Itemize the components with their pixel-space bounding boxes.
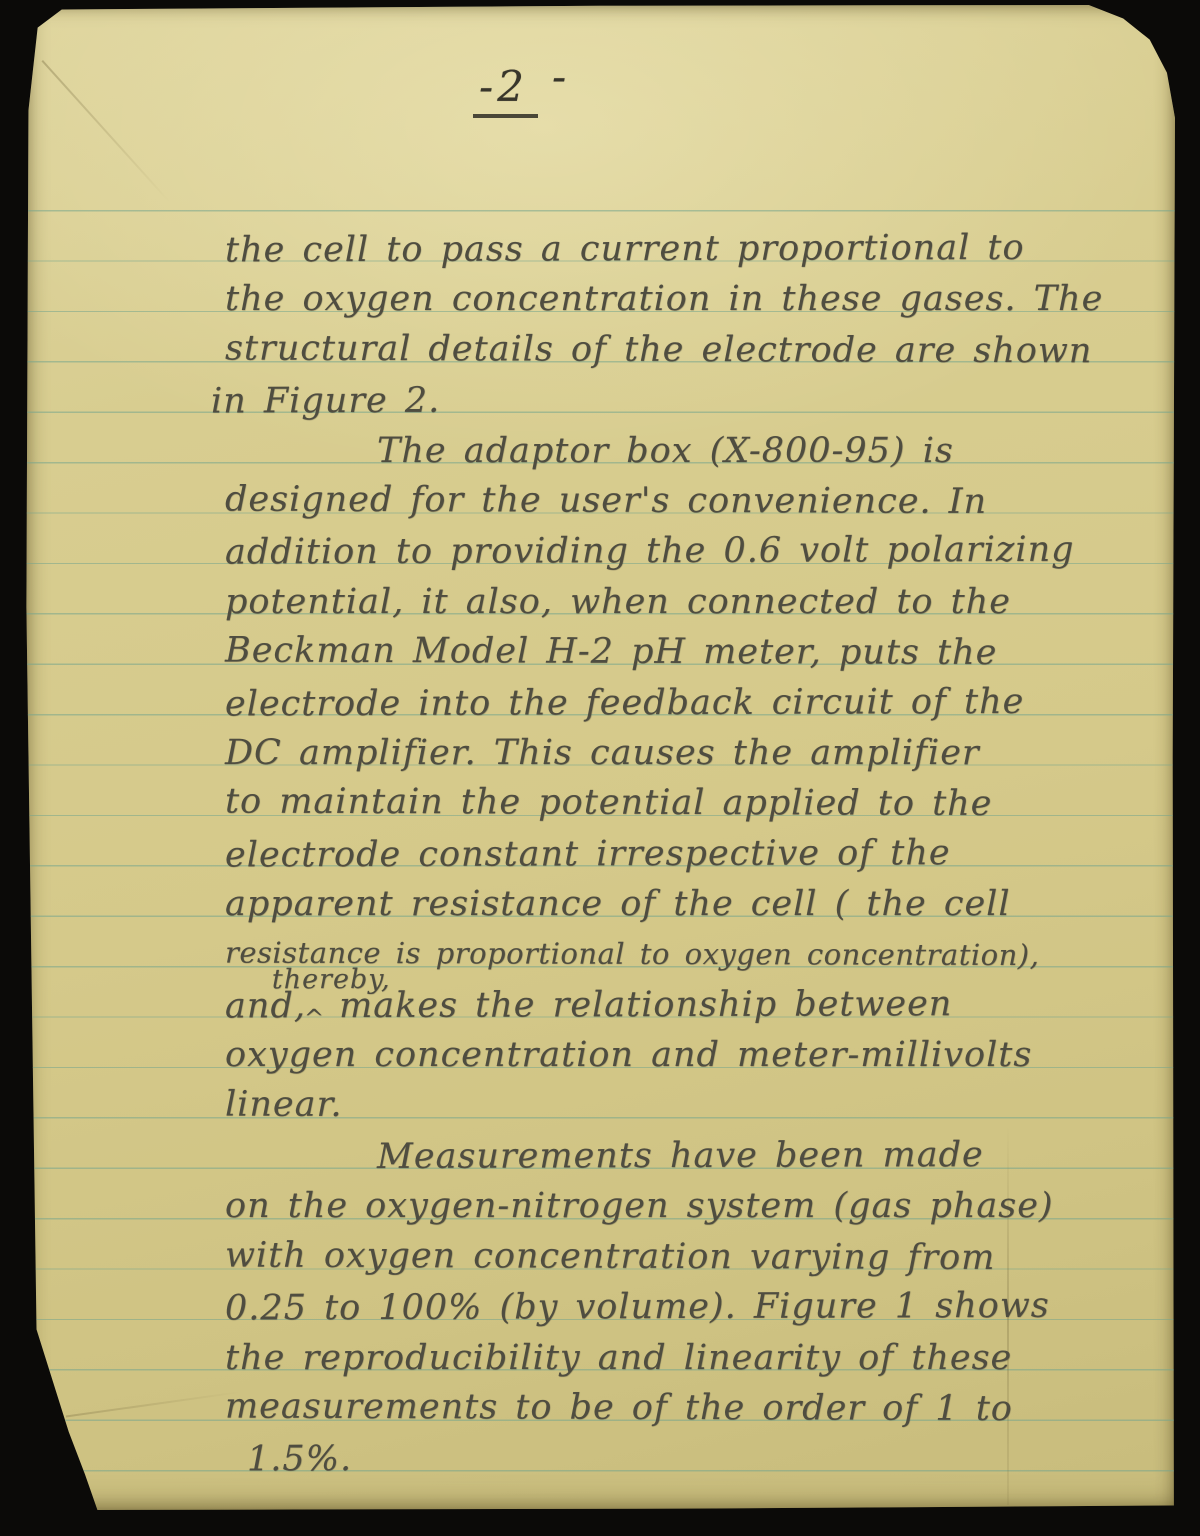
page-number: -2- bbox=[473, 63, 570, 111]
handwritten-line: measurements to be of the order of 1 to bbox=[225, 1382, 1145, 1435]
page-number-value: 2 bbox=[497, 62, 528, 111]
handwritten-text-block: the cell to pass a current proportional … bbox=[225, 224, 1145, 1484]
handwritten-line: structural details of the electrode are … bbox=[225, 323, 1145, 376]
handwritten-line: apparent resistance of the cell ( the ce… bbox=[225, 879, 1145, 929]
caret-icon: ^ bbox=[304, 993, 325, 1043]
handwritten-line: DC amplifier. This causes the amplifier bbox=[225, 728, 1145, 778]
handwritten-line: the oxygen concentration in these gases.… bbox=[225, 274, 1145, 324]
notepad-paper: -2- the cell to pass a current proportio… bbox=[25, 5, 1175, 1510]
paper-crease bbox=[66, 1390, 245, 1417]
handwritten-line: Beckman Model H-2 pH meter, puts the bbox=[225, 626, 1145, 679]
handwritten-line: The adaptor box (X-800-95) is bbox=[225, 426, 1145, 476]
handwritten-line: addition to providing the 0.6 volt polar… bbox=[225, 525, 1145, 578]
handwritten-line: oxygen concentration and meter-millivolt… bbox=[225, 1030, 1145, 1080]
handwritten-line: with oxygen concentration varying from bbox=[225, 1230, 1145, 1283]
handwritten-line: Measurements have been made bbox=[225, 1130, 1145, 1183]
handwritten-line: in Figure 2. bbox=[211, 374, 1145, 427]
handwritten-line: linear. bbox=[225, 1079, 1145, 1132]
scanned-page-background: -2- the cell to pass a current proportio… bbox=[0, 0, 1200, 1536]
handwritten-line: electrode into the feedback circuit of t… bbox=[225, 676, 1145, 729]
page-number-dash-right: - bbox=[552, 53, 570, 101]
page-number-dash-left: - bbox=[479, 62, 497, 111]
handwritten-line: to maintain the potential applied to the bbox=[225, 777, 1145, 830]
inserted-word: thereby, bbox=[272, 966, 391, 993]
paper-crease bbox=[42, 60, 171, 203]
insertion-anchor: thereby,^ bbox=[306, 1016, 322, 1017]
page-number-underlined: -2 bbox=[473, 62, 538, 118]
handwritten-line: the cell to pass a current proportional … bbox=[225, 223, 1145, 276]
handwritten-line: designed for the user's convenience. In bbox=[225, 475, 1145, 528]
handwritten-line: the reproducibility and linearity of the… bbox=[225, 1333, 1145, 1383]
line-text-post: makes the relationship between bbox=[322, 984, 952, 1026]
handwritten-line: 0.25 to 100% (by volume). Figure 1 shows bbox=[225, 1281, 1145, 1334]
handwritten-line: electrode constant irrespective of the bbox=[225, 827, 1145, 880]
handwritten-line: 1.5%. bbox=[225, 1432, 1145, 1485]
handwritten-line-with-insertion: and,thereby,^ makes the relationship bet… bbox=[225, 978, 1145, 1031]
handwritten-line: potential, it also, when connected to th… bbox=[225, 577, 1145, 627]
handwritten-line: on the oxygen-nitrogen system (gas phase… bbox=[225, 1181, 1145, 1231]
